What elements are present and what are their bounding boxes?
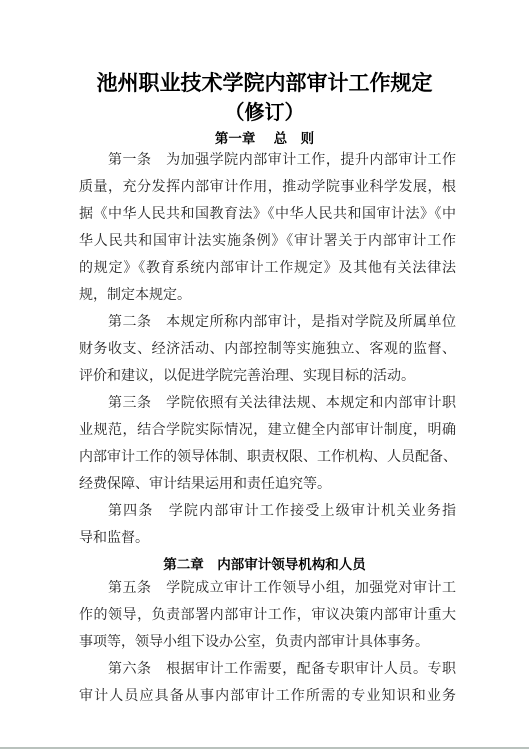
chapter-2-heading: 第二章 内部审计领导机构和人员 [0, 553, 529, 573]
article-1-line: 据《中华人民共和国教育法》《中华人民共和国审计法》《中 [79, 204, 456, 224]
article-4-line: 导和监督。 [79, 528, 456, 548]
article-1-line: 规，制定本规定。 [79, 285, 456, 305]
article-2-line: 评价和建议，以促进学院完善治理、实现目标的活动。 [79, 366, 456, 386]
chapter-1-heading: 第一章 总 则 [0, 127, 529, 147]
article-2-line: 第二条 本规定所称内部审计，是指对学院及所属单位 [108, 312, 456, 332]
article-6-line: 审计人员应具备从事内部审计工作所需的专业知识和业务 [79, 686, 456, 706]
document-title: 池州职业技术学院内部审计工作规定 [0, 67, 529, 97]
article-1-line: 华人民共和国审计法实施条例》《审计署关于内部审计工作 [79, 231, 456, 251]
article-3-line: 第三条 学院依照有关法律法规、本规定和内部审计职 [108, 393, 456, 413]
article-3-line: 经费保障、审计结果运用和责任追究等。 [79, 474, 456, 494]
article-5-line: 事项等，领导小组下设办公室，负责内部审计具体事务。 [79, 632, 456, 652]
article-5-line: 作的领导，负责部署内部审计工作，审议决策内部审计重大 [79, 605, 456, 625]
document-subtitle: （修订） [0, 96, 529, 125]
document-page: 池州职业技术学院内部审计工作规定 （修订） 第一章 总 则 第一条 为加强学院内… [0, 0, 529, 747]
article-1-line: 质量，充分发挥内部审计作用，推动学院事业科学发展，根 [79, 177, 456, 197]
article-6-line: 第六条 根据审计工作需要，配备专职审计人员。专职 [108, 659, 456, 679]
article-3-line: 内部审计工作的领导体制、职责权限、工作机构、人员配备、 [79, 447, 456, 467]
article-2-line: 财务收支、经济活动、内部控制等实施独立、客观的监督、 [79, 339, 456, 359]
article-3-line: 业规范，结合学院实际情况，建立健全内部审计制度，明确 [79, 420, 456, 440]
article-1-line: 第一条 为加强学院内部审计工作，提升内部审计工作 [108, 150, 456, 170]
article-4-line: 第四条 学院内部审计工作接受上级审计机关业务指 [108, 501, 456, 521]
article-1-line: 的规定》《教育系统内部审计工作规定》及其他有关法律法 [79, 258, 456, 278]
article-5-line: 第五条 学院成立审计工作领导小组，加强党对审计工 [108, 578, 456, 598]
